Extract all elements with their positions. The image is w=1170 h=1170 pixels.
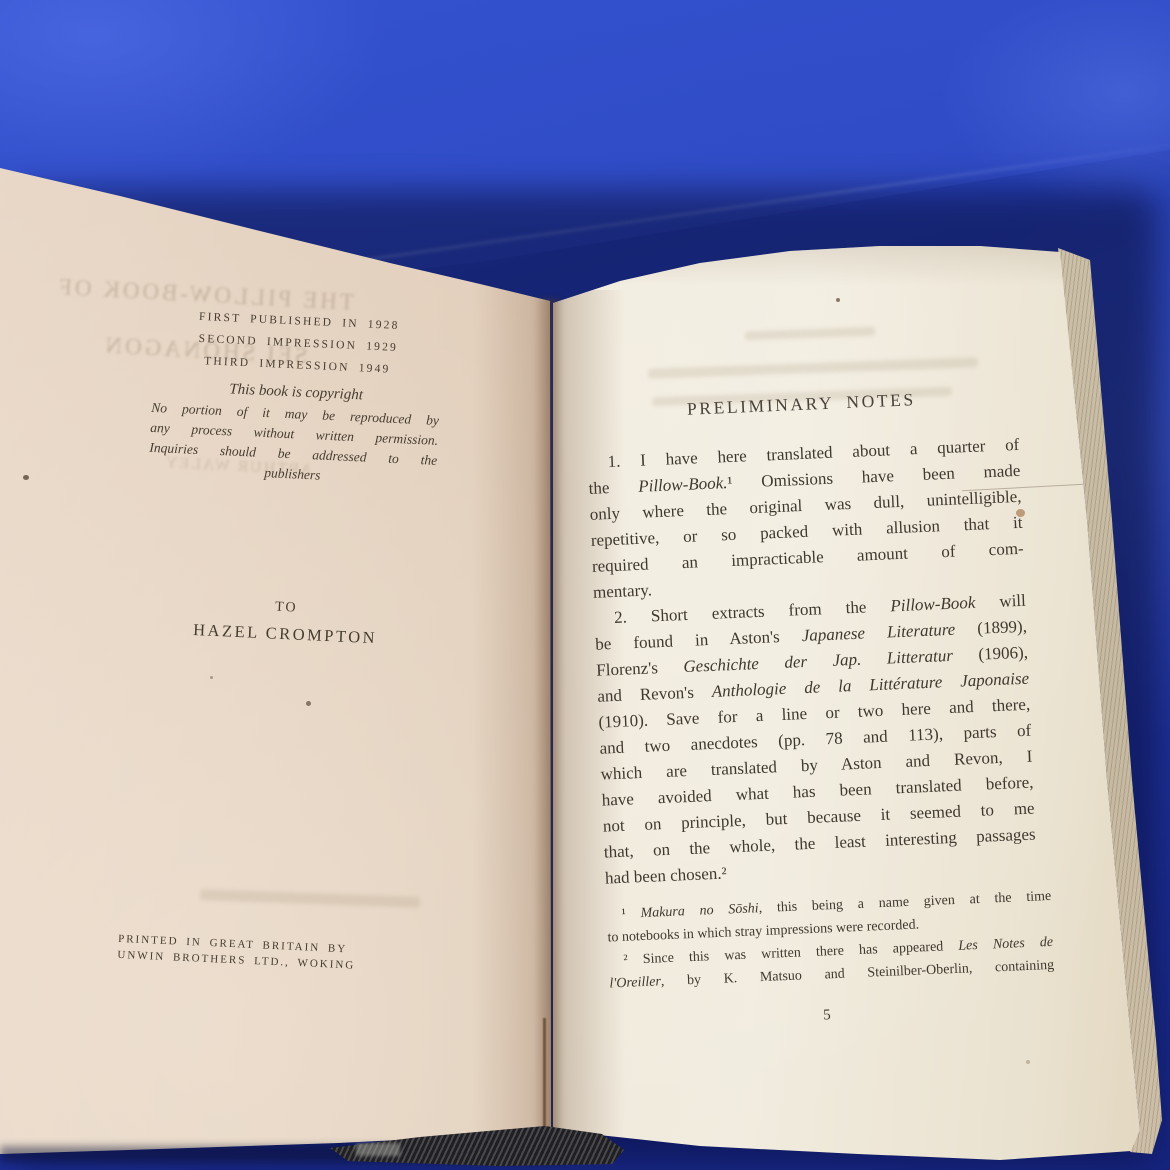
paper-speck: [23, 475, 29, 480]
paragraph-1: 1. I have here translated about a quarte…: [587, 432, 1025, 606]
photo-scene: THE PILLOW-BOOK OF SEI SHŌNAGON ARTHUR W…: [0, 0, 1170, 1170]
paper-speck: [836, 298, 840, 302]
paper-speck: [306, 701, 311, 706]
section-heading: PRELIMINARY NOTES: [585, 382, 1018, 426]
dedication-name: HAZEL CROMPTON: [120, 617, 451, 652]
gutter-line: [543, 1018, 546, 1132]
ghost-showthrough-bar: [745, 327, 875, 341]
paper-speck: [1026, 1060, 1030, 1064]
dedication: TO HAZEL CROMPTON: [120, 593, 452, 652]
left-page-text: FIRST PUBLISHED IN 1928SECOND IMPRESSION…: [102, 303, 464, 1037]
printer-imprint: PRINTED IN GREAT BRITAIN BYUNWIN BROTHER…: [105, 930, 436, 977]
gutter-shadow: [534, 298, 564, 1138]
right-page-text: PRELIMINARY NOTES 1. I have here transla…: [585, 382, 1043, 1038]
foxing-spot: [1016, 509, 1025, 517]
cover-cloth-highlight: [356, 1143, 400, 1156]
impression-lines: FIRST PUBLISHED IN 1928SECOND IMPRESSION…: [132, 303, 465, 384]
paper-speck: [210, 676, 213, 679]
footnotes: ¹ Makura no Sōshi, this being a name giv…: [606, 885, 1054, 996]
paragraph-2: 2. Short extracts from the Pillow-Book w…: [594, 588, 1038, 892]
page-number: 5: [611, 993, 1044, 1037]
copyright-notice: No portion of it may be reproduced byany…: [148, 398, 439, 491]
ghost-showthrough-bar: [648, 357, 978, 379]
